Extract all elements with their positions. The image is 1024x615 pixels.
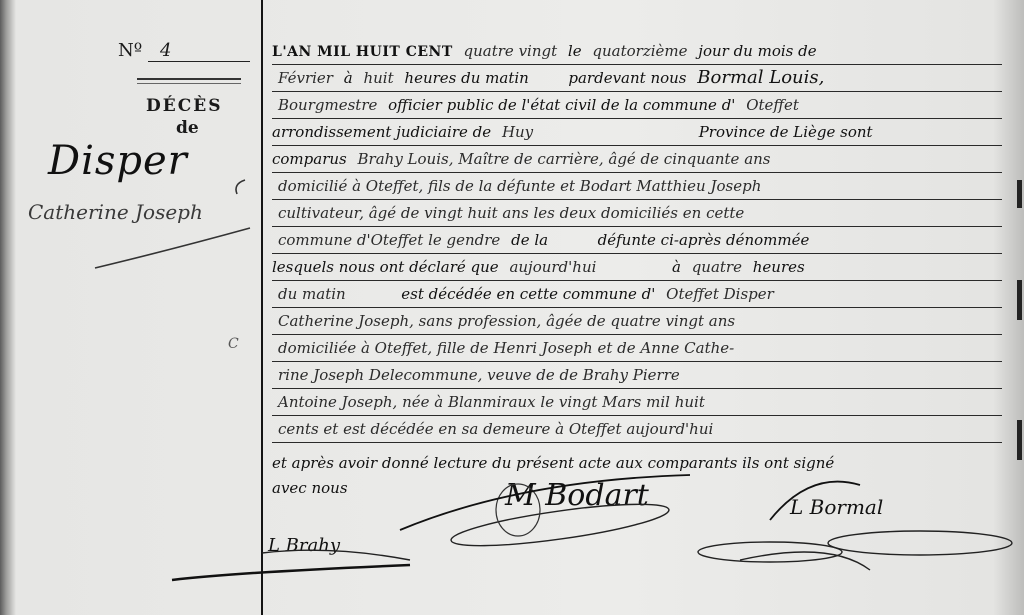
printed-text: et après avoir donné lecture du présent … — [272, 454, 834, 472]
handwritten-text: cents et est décédée en sa demeure à Ote… — [272, 420, 719, 438]
handwritten-text: du matin — [272, 285, 352, 303]
margin-de: de — [176, 118, 199, 138]
printed-text: heures du matin — [404, 69, 528, 87]
printed-text: officier public de l'état civil de la co… — [388, 96, 735, 114]
printed-text: lesquels nous ont déclaré que — [272, 258, 499, 276]
handwritten-text: Février — [272, 69, 339, 87]
handwritten-text: huit — [357, 69, 399, 87]
printed-text: avec nous — [272, 479, 348, 497]
margin-vertical-rule — [261, 0, 263, 615]
handwritten-text: Brahy Louis, Maître de carrière, âgé de … — [352, 150, 777, 168]
handwritten-text: quatre — [686, 258, 748, 276]
deceased-surname: Disper — [48, 138, 188, 184]
printed-text: à — [672, 258, 681, 276]
body-line-1: L'AN MIL HUIT CENT quatre vingt le quato… — [272, 38, 1002, 65]
handwritten-text: Huy — [496, 123, 539, 141]
body-line-3: Bourgmestre officier public de l'état ci… — [272, 92, 1002, 119]
handwritten-text: quatre vingt — [458, 42, 564, 60]
body-line-2: Février à huit heures du matin pardevant… — [272, 65, 1002, 92]
handwritten-text: Antoine Joseph, née à Blanmiraux le ving… — [272, 393, 711, 411]
printed-text: jour du mois de — [698, 42, 816, 60]
handwritten-text: Catherine Joseph, sans profession, âgée … — [272, 312, 741, 330]
body-line-16: et après avoir donné lecture du présent … — [272, 443, 1002, 475]
printed-text: heures — [753, 258, 805, 276]
printed-text: arrondissement judiciaire de — [272, 123, 491, 141]
record-number-value: 4 — [148, 40, 250, 62]
deceased-given-names: Catherine Joseph — [28, 200, 203, 224]
printed-text: comparus — [272, 150, 347, 168]
margin-title: DÉCÈS — [146, 96, 222, 116]
printed-text: défunte ci-après dénommée — [598, 231, 810, 249]
body-line-5: comparus Brahy Louis, Maître de carrière… — [272, 146, 1002, 173]
handwritten-text: Oteffet — [740, 96, 805, 114]
handwritten-text: aujourd'hui — [503, 258, 602, 276]
printed-text: pardevant nous — [568, 69, 686, 87]
body-line-6: domicilié à Oteffet, fils de la défunte … — [272, 173, 1002, 200]
handwritten-text: Bormal Louis, — [691, 67, 830, 88]
body-line-4: arrondissement judiciaire de Huy Provinc… — [272, 119, 1002, 146]
printed-text: L'AN MIL HUIT CENT — [272, 44, 453, 60]
handwritten-text: cultivateur, âgé de vingt huit ans les d… — [272, 204, 750, 222]
record-body: L'AN MIL HUIT CENT quatre vingt le quato… — [272, 38, 1002, 501]
double-rule-divider — [137, 78, 241, 84]
printed-text: de la — [511, 231, 548, 249]
signature-bormal: L Bormal — [790, 495, 883, 519]
handwritten-text: quatorzième — [586, 42, 693, 60]
body-line-12: domiciliée à Oteffet, fille de Henri Jos… — [272, 335, 1002, 362]
body-line-7: cultivateur, âgé de vingt huit ans les d… — [272, 200, 1002, 227]
handwritten-text: domicilié à Oteffet, fils de la défunte … — [272, 177, 767, 195]
handwritten-text: rine Joseph Delecommune, veuve de de Bra… — [272, 366, 686, 384]
handwritten-text: domiciliée à Oteffet, fille de Henri Jos… — [272, 339, 740, 357]
handwritten-text: Oteffet Disper — [660, 285, 780, 303]
printed-text: le — [568, 42, 582, 60]
body-line-15: cents et est décédée en sa demeure à Ote… — [272, 416, 1002, 443]
record-number-label: Nº — [118, 40, 142, 61]
body-line-11: Catherine Joseph, sans profession, âgée … — [272, 308, 1002, 335]
body-line-13: rine Joseph Delecommune, veuve de de Bra… — [272, 362, 1002, 389]
signature-brahy: L Brahy — [268, 535, 340, 556]
signature-bodart: M Bodart — [505, 478, 649, 513]
handwritten-text: commune d'Oteffet le gendre — [272, 231, 506, 249]
margin-annotation: C — [228, 336, 239, 352]
record-number: Nº 4 — [118, 40, 250, 62]
body-line-14: Antoine Joseph, née à Blanmiraux le ving… — [272, 389, 1002, 416]
printed-text: à — [344, 69, 353, 87]
handwritten-text: Bourgmestre — [272, 96, 383, 114]
scanned-document-page: Nº 4 DÉCÈS de Disper Catherine Joseph C … — [0, 0, 1024, 615]
body-line-8: commune d'Oteffet le gendre de la défunt… — [272, 227, 1002, 254]
body-line-9: lesquels nous ont déclaré que aujourd'hu… — [272, 254, 1002, 281]
body-line-10: du matin est décédée en cette commune d'… — [272, 281, 1002, 308]
printed-text: Province de Liège sont — [699, 123, 873, 141]
printed-text: est décédée en cette commune d' — [401, 285, 655, 303]
